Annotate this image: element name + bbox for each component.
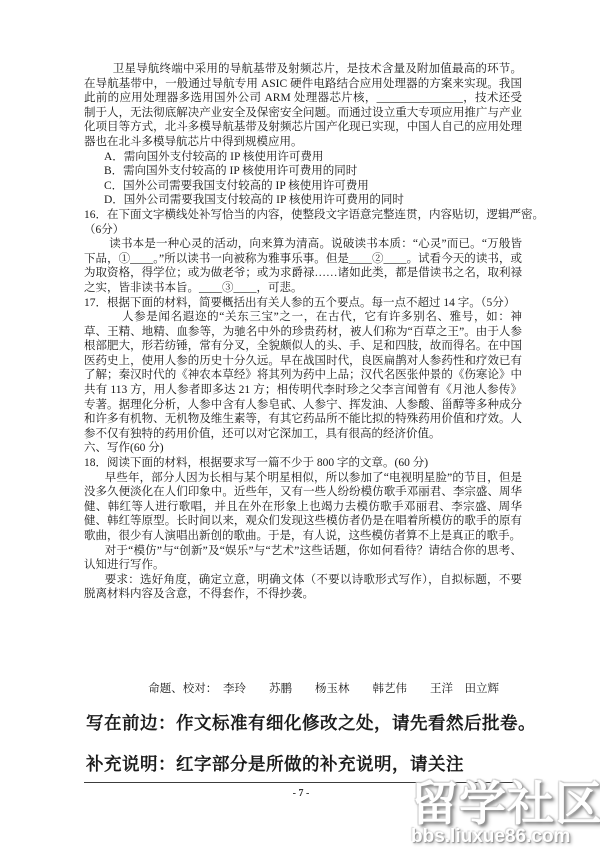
note-supplement: 补充说明：红字部分是所做的补充说明，请关注 [86,751,464,776]
exam-page-body: 卫星导航终端中采用的导航基带及射频芯片，是技术含量及附加值最高的环节。在导航基带… [84,62,522,602]
section-6-writing-title: 六、写作(60 分) [84,441,522,456]
question-16-stem: 16．在下面文字横线处补写恰当的内容，使整段文字语意完整连贯，内容贴切，逻辑严密… [84,208,522,223]
question-16-score: （6分） [84,223,522,238]
watermark-url-text: bbs.liuxue86.com [411,827,600,847]
question-18-requirements: 要求：选好角度，确定立意，明确文体（不要以诗歌形式写作），自拟标题，不要脱离材料… [84,573,522,602]
question-16-passage: 读书本是一种心灵的活动，向来算为清高。说破读书本质：“心灵”而已。“万般皆下品，… [84,237,522,295]
option-d: D．国外公司需要我国支付较高的 IP 核使用许可费用的同时 [104,193,522,208]
option-b: B．需向国外支付较高的 IP 核使用许可费用的同时 [104,164,522,179]
question-18-material: 早些年，部分人因为长相与某个明星相似，所以参加了“电视明星脸”的节目，但是没多久… [84,471,522,544]
option-c: C．国外公司需要我国支付较高的 IP 核使用许可费用 [104,179,522,194]
watermark-logo-text: 留学社区 [411,779,600,829]
q15-options: A．需向国外支付较高的 IP 核使用许可费用 B．需向国外支付较高的 IP 核使… [104,150,522,208]
option-a: A．需向国外支付较高的 IP 核使用许可费用 [104,150,522,165]
watermark: 留学社区 bbs.liuxue86.com [411,779,600,847]
question-17-stem: 17．根据下面的材料，简要概括出有关人参的五个要点。每一点不超过 14 字。（5… [84,296,522,311]
question-17-material: 人参是闻名遐迩的“关东三宝”之一，在古代，它有许多别名、雅号，如：神草、王精、地… [84,310,522,441]
question-18-stem: 18．阅读下面的材料，根据要求写一篇不少于 800 字的文章。(60 分) [84,456,522,471]
credits-line: 命题、校对： 李玲 苏鹏 杨玉林 韩艺伟 王洋 田立辉 [84,680,521,696]
question-18-topic: 对于“模仿”与“创新”及“娱乐”与“艺术”这些话题，你如何看待？请结合你的思考、… [84,544,522,573]
note-grading-instruction: 写在前边：作文标准有细化修改之处，请先看然后批卷。 [86,710,536,735]
q15-stem-passage: 卫星导航终端中采用的导航基带及射频芯片，是技术含量及附加值最高的环节。在导航基带… [84,62,522,150]
